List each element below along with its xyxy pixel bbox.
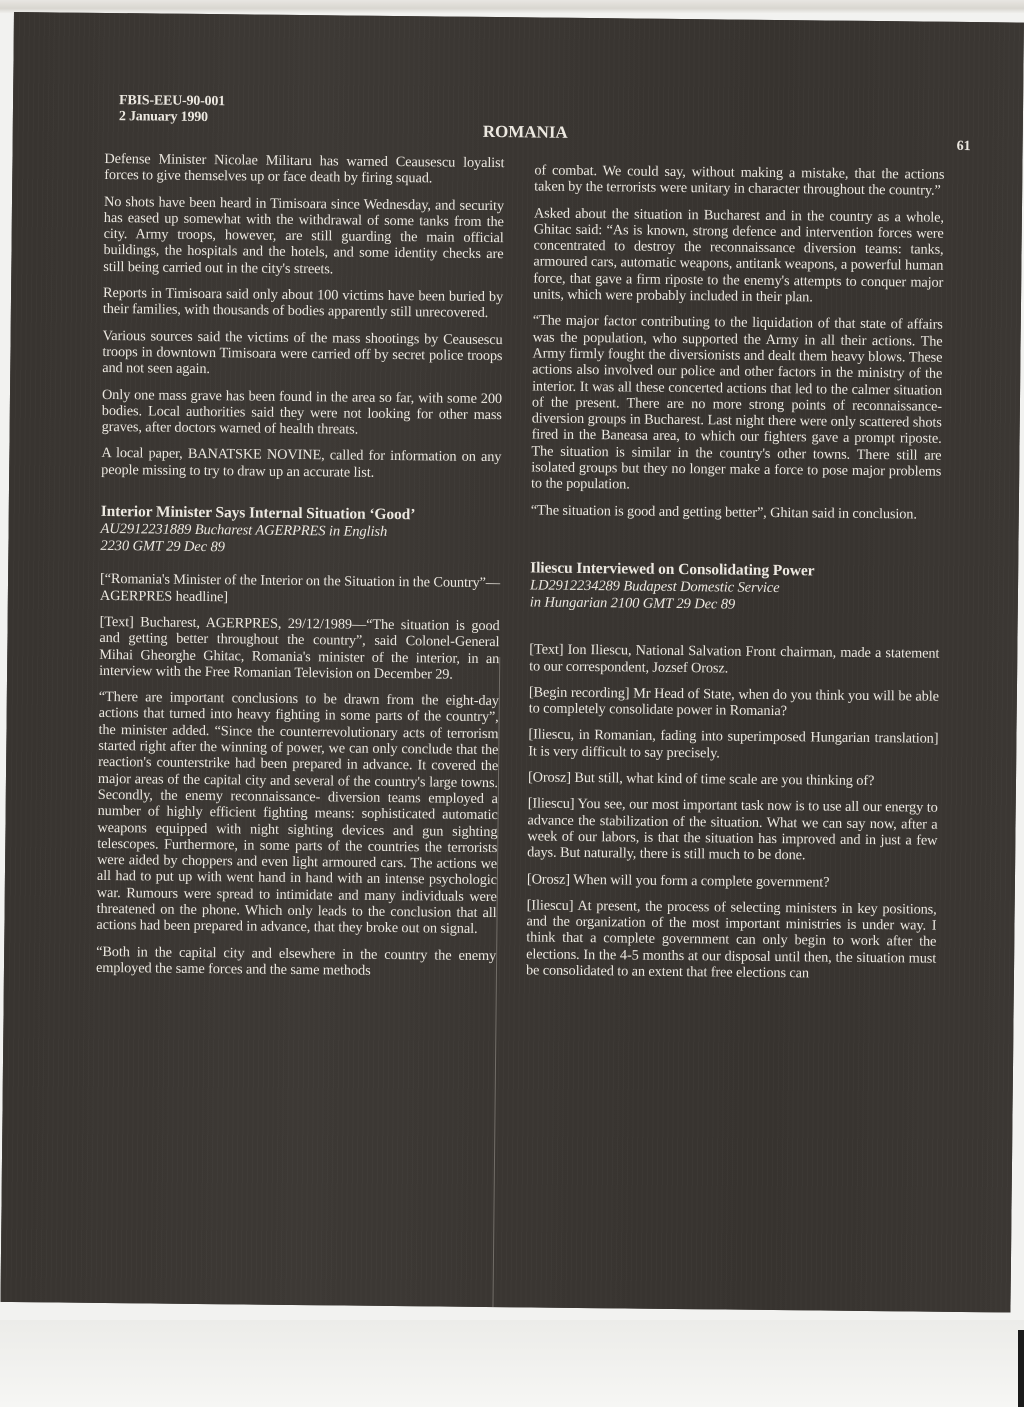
article-dateline: AU2912231889 Bucharest AGERPRES in Engli… (100, 521, 500, 559)
right-column: of combat. We could say, without making … (526, 162, 945, 993)
document-page: FBIS-EEU-90-001 2 January 1990 ROMANIA 6… (0, 12, 1023, 1313)
paragraph: [Orosz] But still, what kind of time sca… (528, 769, 938, 790)
paragraph: “The major factor contributing to the li… (531, 313, 943, 497)
paragraph: Various sources said the victims of the … (102, 328, 502, 381)
paragraph: [Text] Ion Iliescu, National Salvation F… (529, 642, 939, 679)
page-header-left: FBIS-EEU-90-001 2 January 1990 (119, 93, 225, 126)
paragraph: [Iliescu] You see, our most important ta… (527, 796, 938, 865)
paragraph: “There are important conclusions to be d… (96, 689, 499, 938)
article-dateline: LD2912234289 Budapest Domestic Service i… (530, 578, 940, 616)
left-column: Defense Minister Nicolae Militaru has wa… (96, 151, 505, 990)
paragraph: A local paper, BANATSKE NOVINE, called f… (101, 445, 501, 482)
paragraph: Reports in Timisoara said only about 100… (103, 285, 503, 322)
paragraph: [Iliescu] At present, the process of sel… (526, 897, 937, 983)
paragraph: “Both in the capital city and elsewhere … (96, 943, 496, 980)
paragraph: [Begin recording] Mr Head of State, when… (529, 684, 939, 721)
paragraph: “The situation is good and getting bette… (531, 502, 941, 523)
scan-top-edge (0, 0, 1024, 14)
paragraph: [Text] Bucharest, AGERPRES, 29/12/1989—“… (99, 614, 500, 683)
scan-edge-mark (1018, 1330, 1024, 1407)
paragraph: [Iliescu, in Romanian, fading into super… (528, 727, 938, 764)
dateline-time: in Hungarian 2100 GMT 29 Dec 89 (530, 595, 940, 616)
dateline-time: 2230 GMT 29 Dec 89 (100, 538, 500, 559)
paragraph: Asked about the situation in Bucharest a… (533, 205, 944, 307)
paragraph: [“Romania's Minister of the Interior on … (100, 571, 500, 608)
paragraph: [Orosz] When will you form a complete go… (527, 871, 937, 892)
page-number: 61 (957, 139, 971, 155)
document-date: 2 January 1990 (119, 109, 225, 126)
scan-bottom-margin (0, 1320, 1024, 1407)
paragraph: of combat. We could say, without making … (534, 162, 944, 199)
paragraph: Defense Minister Nicolae Militaru has wa… (104, 151, 504, 188)
paragraph: Only one mass grave has been found in th… (102, 387, 502, 440)
document-id: FBIS-EEU-90-001 (119, 93, 225, 110)
section-title: ROMANIA (483, 122, 568, 143)
paragraph: No shots have been heard in Timisoara si… (103, 194, 504, 280)
